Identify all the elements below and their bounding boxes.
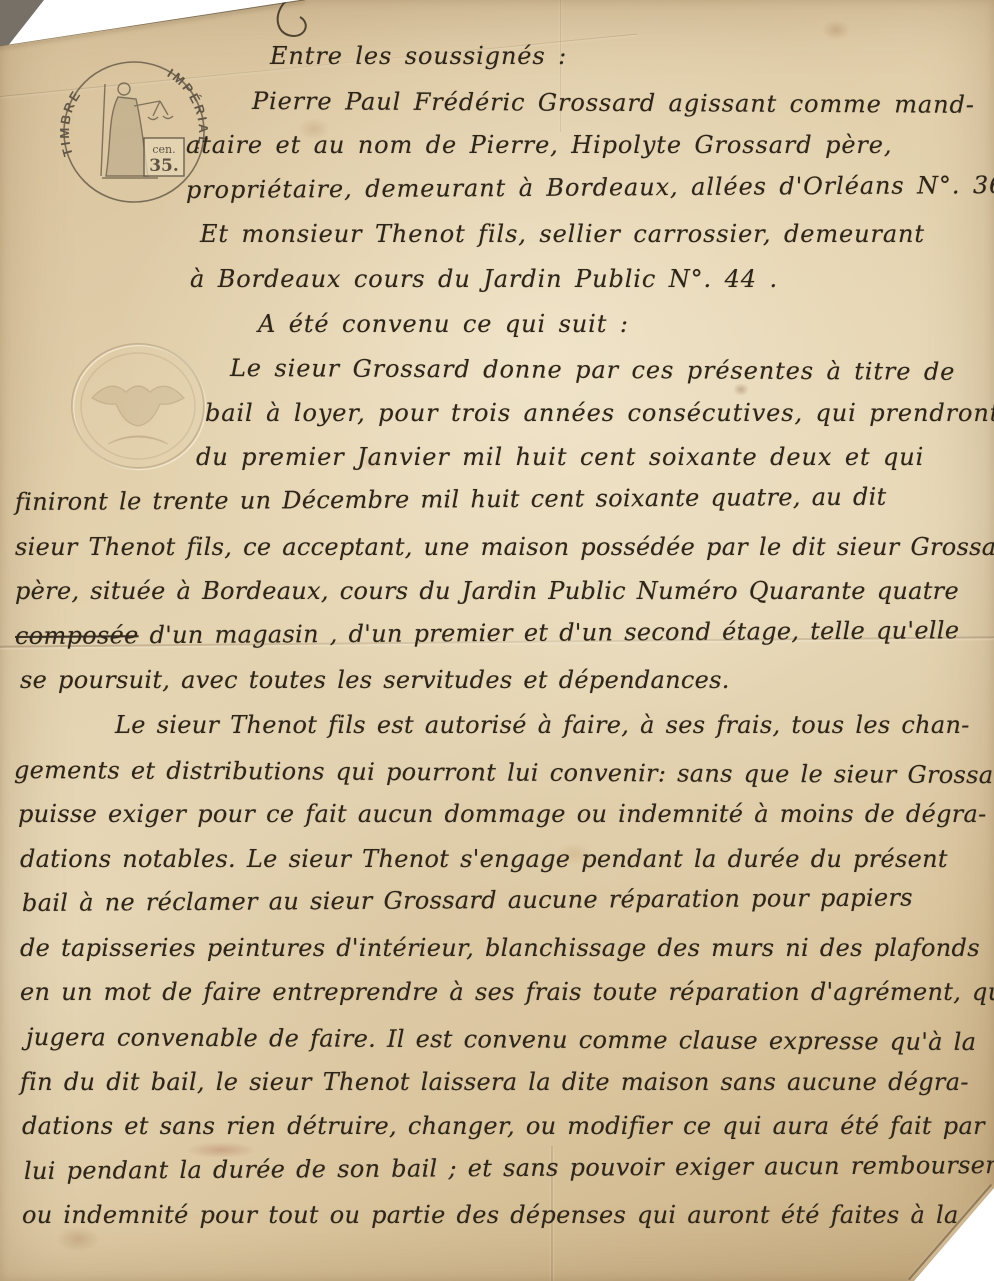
manuscript-line: à Bordeaux cours du Jardin Public N°. 44…: [190, 257, 994, 302]
manuscript-line: en un mot de faire entreprendre à ses fr…: [20, 970, 994, 1015]
manuscript-line: Et monsieur Thenot fils, sellier carross…: [200, 212, 994, 257]
line-text: d'un magasin , d'un premier et d'un seco…: [139, 616, 960, 649]
scan-background: TIMBRE IMPÉRIAL. cen. 35.: [0, 0, 994, 1281]
line-text: ou indemnité pour tout ou partie des dép…: [22, 1201, 959, 1229]
manuscript-line: de tapisseries peintures d'intérieur, bl…: [20, 926, 994, 971]
line-text: du premier Janvier mil huit cent soixant…: [196, 443, 924, 471]
line-text: propriétaire, demeurant à Bordeaux, allé…: [186, 171, 994, 204]
manuscript-line: dations et sans rien détruire, changer, …: [22, 1104, 994, 1149]
line-text: A été convenu ce qui suit :: [258, 310, 629, 338]
manuscript-line: Entre les soussignés :: [270, 34, 994, 79]
manuscript-line: bail à ne réclamer au sieur Grossard auc…: [22, 875, 994, 926]
line-text: lui pendant la durée de son bail ; et sa…: [24, 1151, 994, 1185]
line-text: Entre les soussignés :: [270, 42, 567, 70]
line-text: jugera convenable de faire. Il est conve…: [26, 1023, 976, 1056]
line-text: puisse exiger pour ce fait aucun dommage…: [18, 800, 987, 828]
line-text: Le sieur Thenot fils est autorisé à fair…: [115, 711, 970, 739]
manuscript-line: père, située à Bordeaux, cours du Jardin…: [15, 569, 994, 614]
line-text: se poursuit, avec toutes les servitudes …: [20, 666, 730, 694]
manuscript-line: propriétaire, demeurant à Bordeaux, allé…: [186, 163, 994, 213]
line-text: Et monsieur Thenot fils, sellier carross…: [200, 220, 925, 248]
struck-word: composée: [15, 621, 139, 650]
manuscript-line: gements et distributions qui pourront lu…: [14, 748, 994, 798]
line-text: père, située à Bordeaux, cours du Jardin…: [15, 577, 959, 605]
line-text: gements et distributions qui pourront lu…: [14, 756, 994, 789]
manuscript-line: sieur Thenot fils, ce acceptant, une mai…: [15, 525, 994, 570]
manuscript-line: Pierre Paul Frédéric Grossard agissant c…: [252, 79, 994, 127]
line-text: à Bordeaux cours du Jardin Public N°. 44…: [190, 265, 778, 293]
manuscript-line: puisse exiger pour ce fait aucun dommage…: [18, 792, 994, 837]
manuscript-line: Le sieur Grossard donne par ces présente…: [230, 346, 994, 395]
manuscript-line: ou indemnité pour tout ou partie des dép…: [22, 1193, 994, 1238]
manuscript-line: dations notables. Le sieur Thenot s'enga…: [20, 837, 994, 882]
line-text: ataire et au nom de Pierre, Hipolyte Gro…: [186, 131, 892, 159]
manuscript-line: finiront le trente un Décembre mil huit …: [15, 474, 994, 525]
manuscript-line: du premier Janvier mil huit cent soixant…: [196, 435, 994, 480]
line-text: fin du dit bail, le sieur Thenot laisser…: [20, 1068, 969, 1096]
handwritten-text: Entre les soussignés : Pierre Paul Frédé…: [0, 0, 994, 1238]
manuscript-line: ataire et au nom de Pierre, Hipolyte Gro…: [186, 123, 994, 168]
manuscript-line: composée d'un magasin , d'un premier et …: [15, 608, 994, 659]
line-text: finiront le trente un Décembre mil huit …: [15, 483, 887, 516]
line-text: Pierre Paul Frédéric Grossard agissant c…: [252, 87, 975, 119]
line-text: sieur Thenot fils, ce acceptant, une mai…: [15, 533, 994, 561]
manuscript-line: fin du dit bail, le sieur Thenot laisser…: [20, 1060, 994, 1105]
manuscript-line: jugera convenable de faire. Il est conve…: [26, 1015, 994, 1065]
line-text: bail à ne réclamer au sieur Grossard auc…: [22, 884, 913, 917]
document-page: TIMBRE IMPÉRIAL. cen. 35.: [0, 0, 994, 1281]
line-text: dations notables. Le sieur Thenot s'enga…: [20, 845, 948, 873]
line-text: dations et sans rien détruire, changer, …: [22, 1112, 985, 1140]
manuscript-line: A été convenu ce qui suit :: [258, 302, 994, 347]
manuscript-line: bail à loyer, pour trois années consécut…: [205, 391, 994, 436]
line-text: bail à loyer, pour trois années consécut…: [205, 399, 994, 427]
line-text: de tapisseries peintures d'intérieur, bl…: [20, 934, 980, 962]
manuscript-line: Le sieur Thenot fils est autorisé à fair…: [115, 703, 994, 748]
manuscript-line: lui pendant la durée de son bail ; et sa…: [24, 1143, 994, 1194]
line-text: Le sieur Grossard donne par ces présente…: [230, 354, 955, 386]
manuscript-line: se poursuit, avec toutes les servitudes …: [20, 658, 994, 703]
line-text: en un mot de faire entreprendre à ses fr…: [20, 978, 994, 1006]
